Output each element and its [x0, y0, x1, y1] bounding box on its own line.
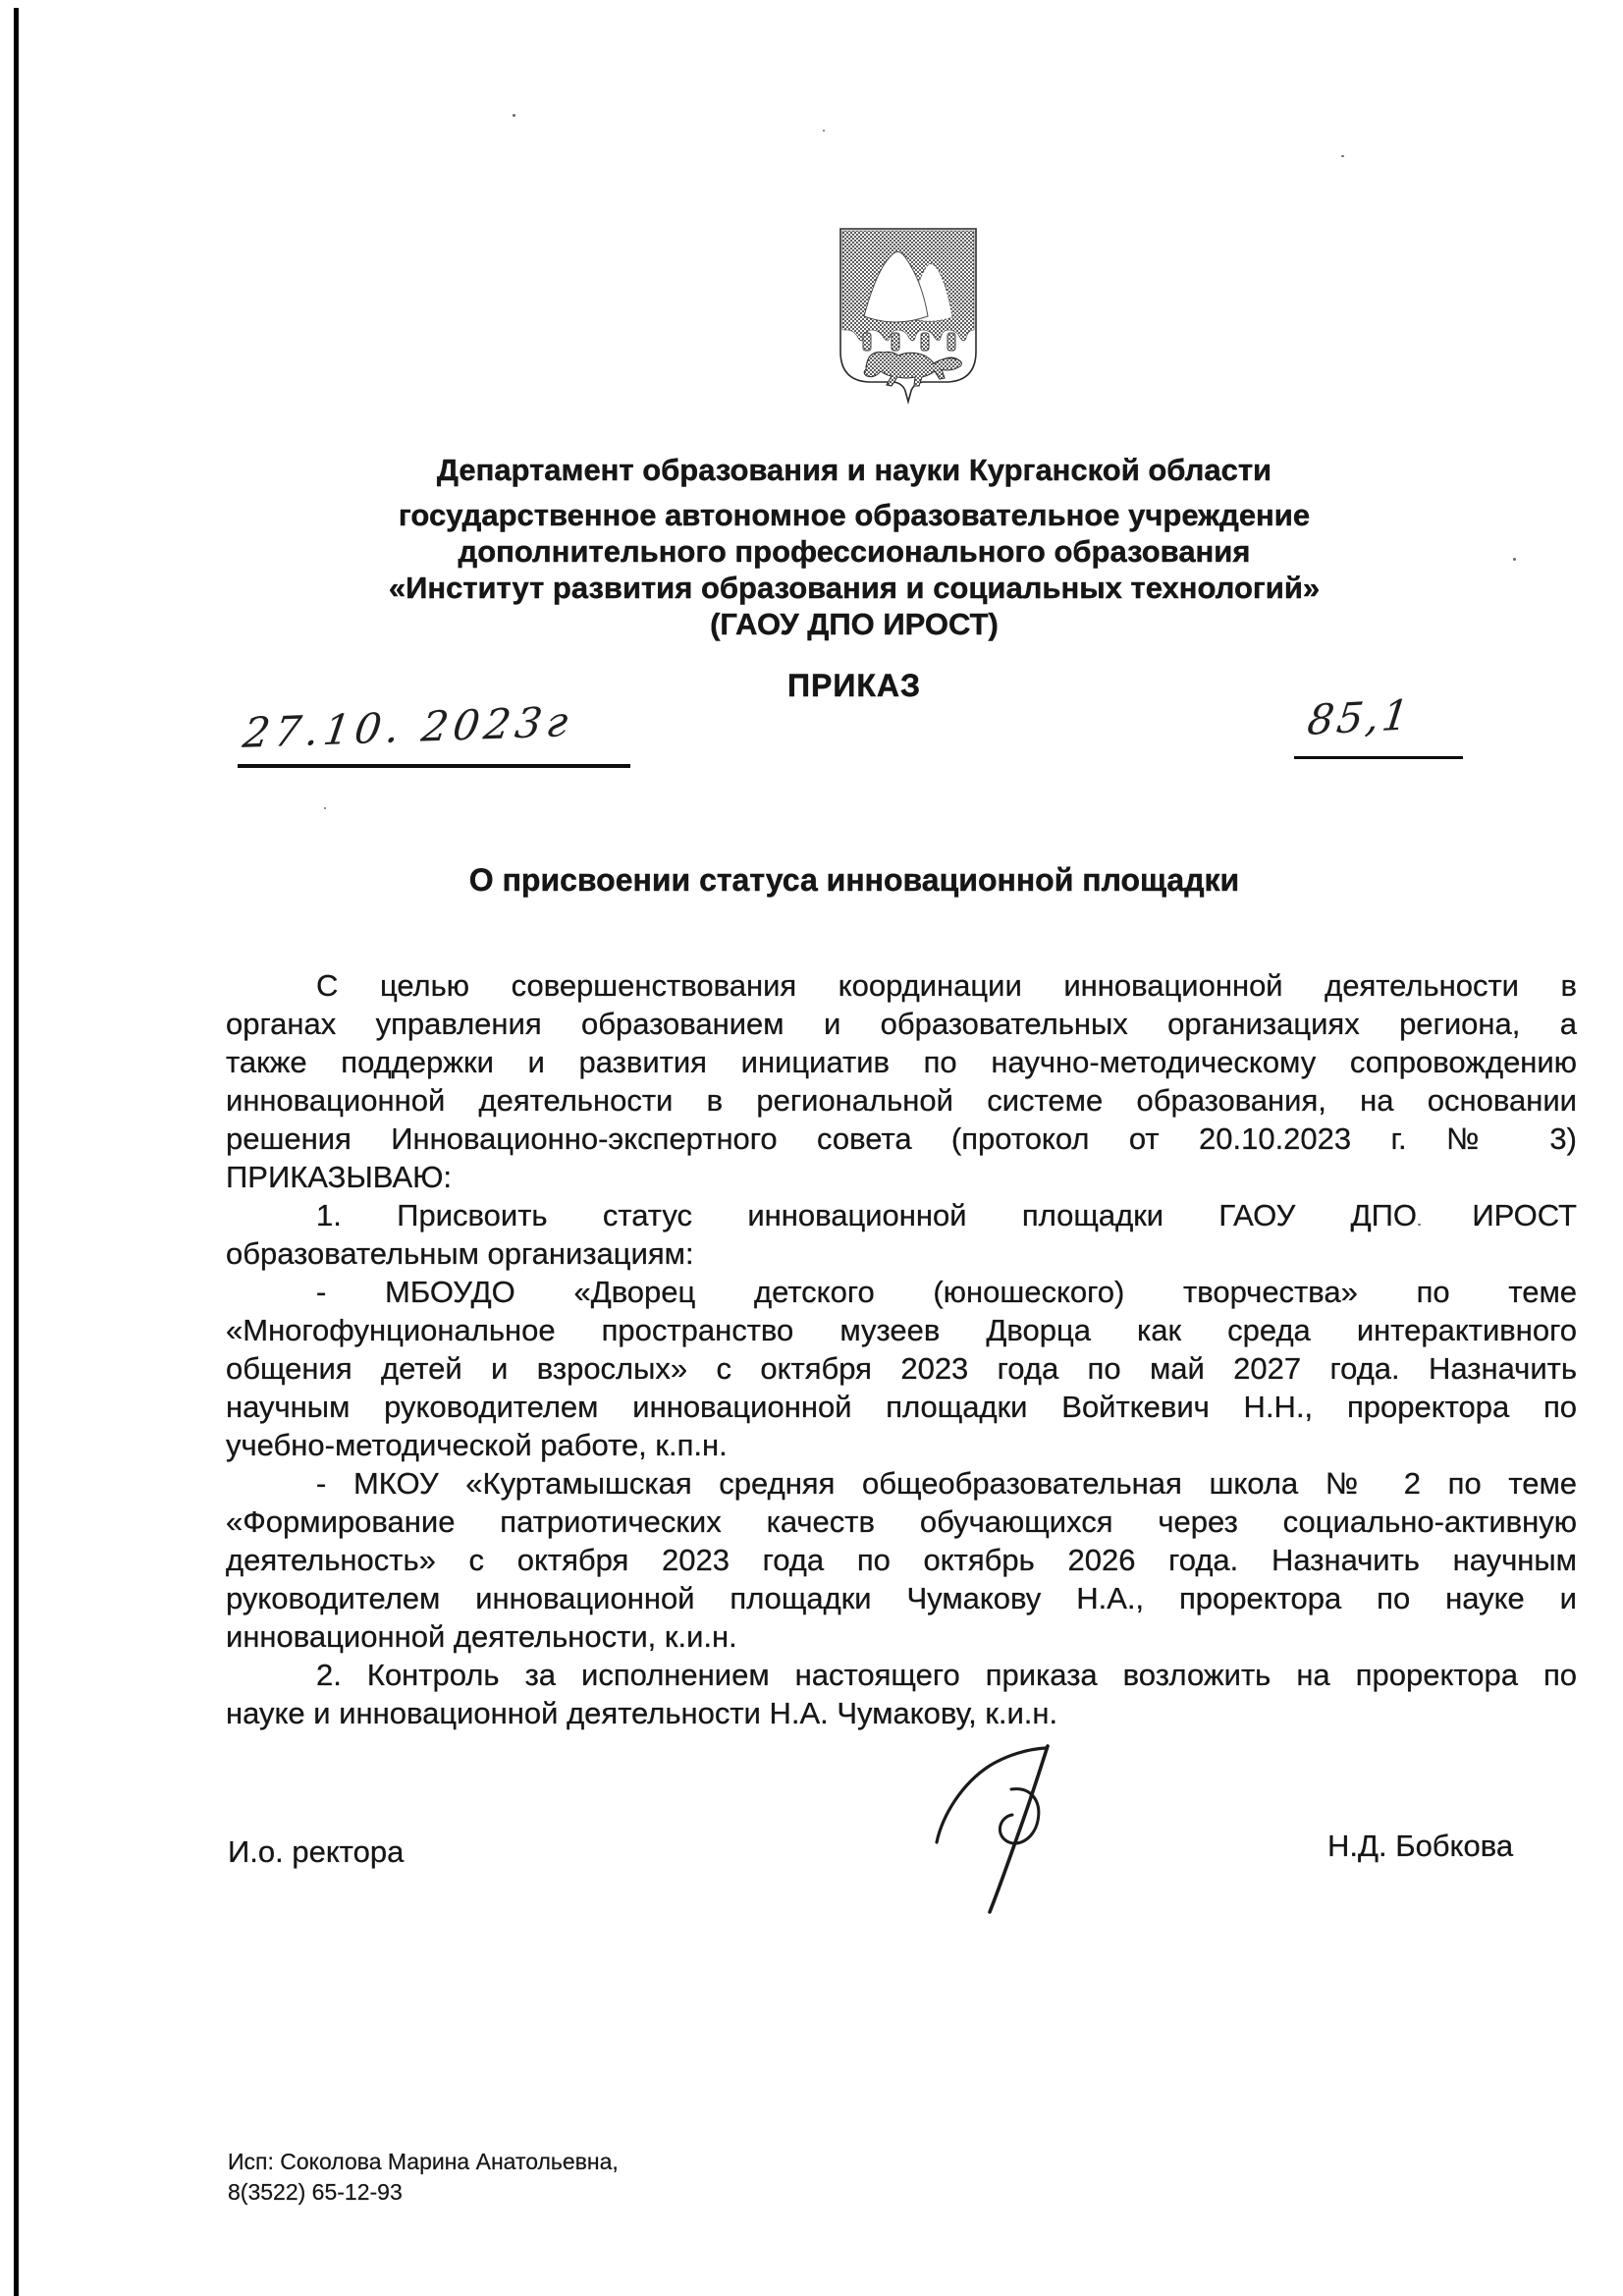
scan-speck	[324, 807, 326, 809]
signer-position-label: И.о. ректора	[228, 1834, 404, 1870]
order-date-block: 27.10. 2023г	[243, 703, 636, 751]
body-line: органах управления образованием и образо…	[226, 1005, 1577, 1043]
body-line: «Формирование патриотических качеств обу…	[226, 1503, 1577, 1541]
scan-edge-line	[14, 8, 19, 2296]
signature-scribble-icon	[929, 1744, 1096, 1916]
scan-speck	[1513, 558, 1516, 561]
body-line: инновационной деятельности в регионально…	[226, 1081, 1577, 1120]
handwritten-signature	[929, 1744, 1096, 1911]
coat-of-arms-emblem	[837, 226, 980, 407]
order-date-handwritten: 27.10. 2023г	[241, 697, 576, 757]
body-line: - МКОУ «Куртамышская средняя общеобразов…	[226, 1464, 1577, 1503]
body-line: общения детей и взрослых» с октября 2023…	[226, 1349, 1577, 1388]
body-paragraph: 2. Контроль за исполнением настоящего пр…	[226, 1656, 1577, 1732]
number-underline	[1294, 756, 1463, 759]
body-line: деятельность» с октября 2023 года по окт…	[226, 1541, 1577, 1579]
order-subject: О присвоении статуса инновационной площа…	[275, 862, 1434, 899]
body-line: - МБОУДО «Дворец детского (юношеского) т…	[226, 1273, 1577, 1311]
header-org-type-line1: государственное автономное образовательн…	[275, 497, 1434, 533]
scan-speck	[1341, 155, 1344, 157]
body-line: образовательным организациям:	[226, 1234, 1577, 1273]
body-paragraph: 1. Присвоить статус инновационной площад…	[226, 1196, 1577, 1273]
header-department-line: Департамент образования и науки Курганск…	[275, 452, 1434, 488]
body-line: С целью совершенствования координации ин…	[226, 966, 1577, 1005]
body-line: научным руководителем инновационной площ…	[226, 1388, 1577, 1426]
body-line: учебно-методической работе, к.п.н.	[226, 1426, 1577, 1464]
footer-executor: Исп: Соколова Марина Анатольевна,	[228, 2147, 619, 2177]
header-org-type-line2: дополнительного профессионального образо…	[275, 533, 1434, 570]
body-line: науке и инновационной деятельности Н.А. …	[226, 1694, 1577, 1732]
body-line: ПРИКАЗЫВАЮ:	[226, 1158, 1577, 1196]
body-line: руководителем инновационной площадки Чум…	[226, 1579, 1577, 1617]
footer-block: Исп: Соколова Марина Анатольевна, 8(3522…	[228, 2147, 619, 2208]
body-line: 1. Присвоить статус инновационной площад…	[226, 1196, 1577, 1234]
date-underline	[238, 764, 630, 768]
org-letterhead: Департамент образования и науки Курганск…	[275, 452, 1434, 642]
kurgan-coat-of-arms-icon	[837, 226, 980, 407]
header-org-abbr: (ГАОУ ДПО ИРОСТ)	[275, 606, 1434, 642]
body-line: также поддержки и развития инициатив по …	[226, 1043, 1577, 1081]
order-type-label: ПРИКАЗ	[275, 668, 1434, 704]
body-line: инновационной деятельности, к.и.н.	[226, 1617, 1577, 1656]
body-paragraph: С целью совершенствования координации ин…	[226, 966, 1577, 1196]
body-line: решения Инновационно-экспертного совета …	[226, 1120, 1577, 1158]
order-body: С целью совершенствования координации ин…	[226, 966, 1577, 1732]
body-paragraph: - МБОУДО «Дворец детского (юношеского) т…	[226, 1273, 1577, 1464]
order-number-block: 85,1	[1294, 693, 1471, 741]
body-line: «Многофунциональное пространство музеев …	[226, 1311, 1577, 1349]
scanned-order-page: Департамент образования и науки Курганск…	[0, 0, 1623, 2296]
signer-name: Н.Д. Бобкова	[1327, 1829, 1513, 1864]
body-paragraph: - МКОУ «Куртамышская средняя общеобразов…	[226, 1464, 1577, 1656]
footer-phone: 8(3522) 65-12-93	[228, 2177, 619, 2208]
order-number-handwritten: 85,1	[1305, 690, 1414, 744]
body-line: 2. Контроль за исполнением настоящего пр…	[226, 1656, 1577, 1694]
header-org-name: «Институт развития образования и социаль…	[275, 570, 1434, 606]
scan-speck	[823, 130, 825, 132]
scan-speck	[513, 114, 515, 117]
